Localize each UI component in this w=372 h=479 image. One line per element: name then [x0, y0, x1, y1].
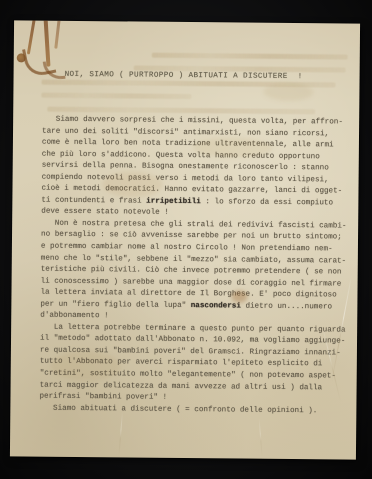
- paper-crease: [118, 411, 123, 457]
- rust-spot: [17, 53, 26, 62]
- rust-stain: [54, 20, 60, 48]
- stain-blotch: [51, 351, 121, 382]
- scanned-page: NOI, SIAMO ( PURTROPPO ) ABITUATI A DISC…: [10, 20, 360, 459]
- stain-blotch: [231, 290, 247, 302]
- stain-blotch: [263, 83, 313, 101]
- paper-surface: NOI, SIAMO ( PURTROPPO ) ABITUATI A DISC…: [10, 20, 360, 459]
- bleed-through-text: [152, 53, 348, 60]
- screenshot-root: { "document": { "kind": "scanned typewri…: [0, 0, 372, 479]
- stain-blotch: [102, 171, 162, 198]
- bleed-through-text: [47, 107, 315, 115]
- scanner-background: NOI, SIAMO ( PURTROPPO ) ABITUATI A DISC…: [0, 0, 372, 479]
- text-line: Siamo abituati a discutere ( = confronto…: [39, 403, 347, 418]
- paragraph: Siamo abituati a discutere ( = confronto…: [39, 403, 347, 418]
- bleed-through-text: [41, 93, 191, 99]
- paragraph: Non è nostra pretesa che gli strali dei …: [40, 219, 349, 326]
- paragraph: Siamo davvero sorpresi che i missini, qu…: [41, 115, 350, 222]
- paper-crease: [259, 418, 263, 458]
